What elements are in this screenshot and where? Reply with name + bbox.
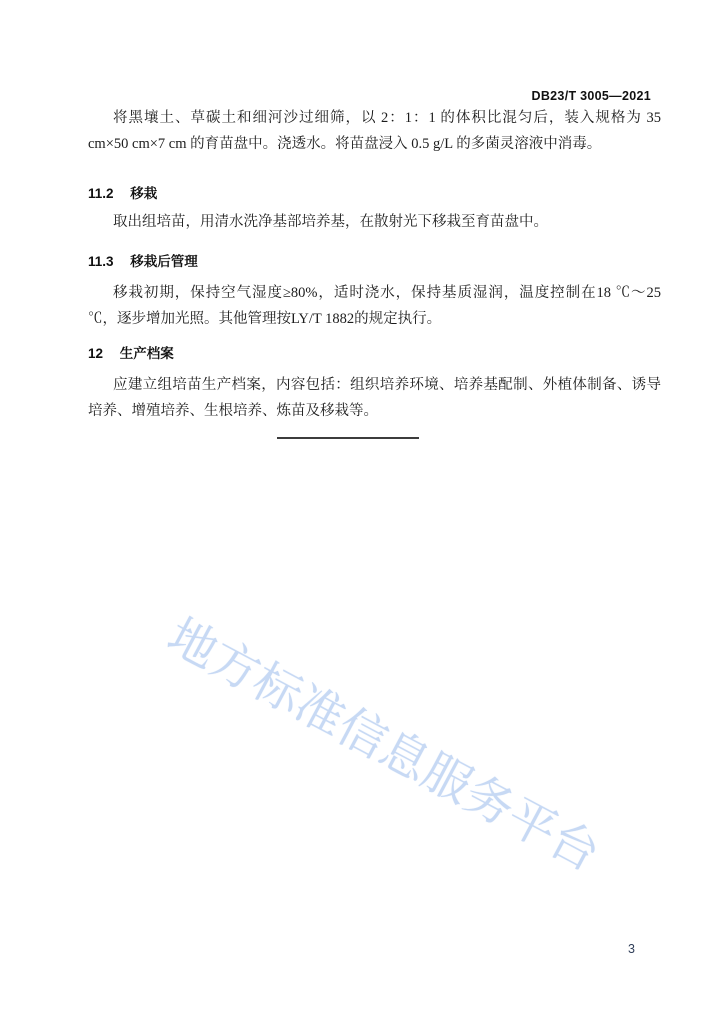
- page-number: 3: [628, 942, 635, 956]
- watermark-text: 地方标准信息服务平台: [158, 598, 614, 884]
- heading-number: 11.2: [88, 186, 114, 201]
- paragraph-soil-mix: 将黑壤土、草碳土和细河沙过细筛，以 2：1：1 的体积比混匀后，装入规格为 35…: [88, 106, 661, 157]
- paragraph-transplant: 取出组培苗，用清水洗净基部培养基，在散射光下移栽至育苗盘中。: [88, 210, 661, 236]
- heading-number: 12: [88, 346, 103, 361]
- paragraph-post-management: 移栽初期，保持空气湿度≥80%，适时浇水，保持基质湿润，温度控制在18 ℃～25…: [88, 281, 661, 332]
- standard-document-page: DB23/T 3005—2021 将黑壤土、草碳土和细河沙过细筛，以 2：1：1…: [0, 0, 724, 1024]
- paragraph-production-records: 应建立组培苗生产档案，内容包括：组织培养环境、培养基配制、外植体制备、诱导培养、…: [88, 373, 661, 424]
- doc-number: DB23/T 3005—2021: [532, 89, 651, 103]
- heading-11-3-post-transplant-management: 11.3 移栽后管理: [88, 250, 661, 270]
- heading-title: 生产档案: [120, 346, 174, 361]
- heading-title: 移栽: [130, 186, 157, 201]
- heading-12-production-records: 12 生产档案: [88, 342, 661, 362]
- heading-number: 11.3: [88, 254, 114, 269]
- heading-11-2-transplant: 11.2 移栽: [88, 182, 661, 202]
- end-of-text-rule: [277, 437, 419, 439]
- heading-title: 移栽后管理: [130, 254, 198, 269]
